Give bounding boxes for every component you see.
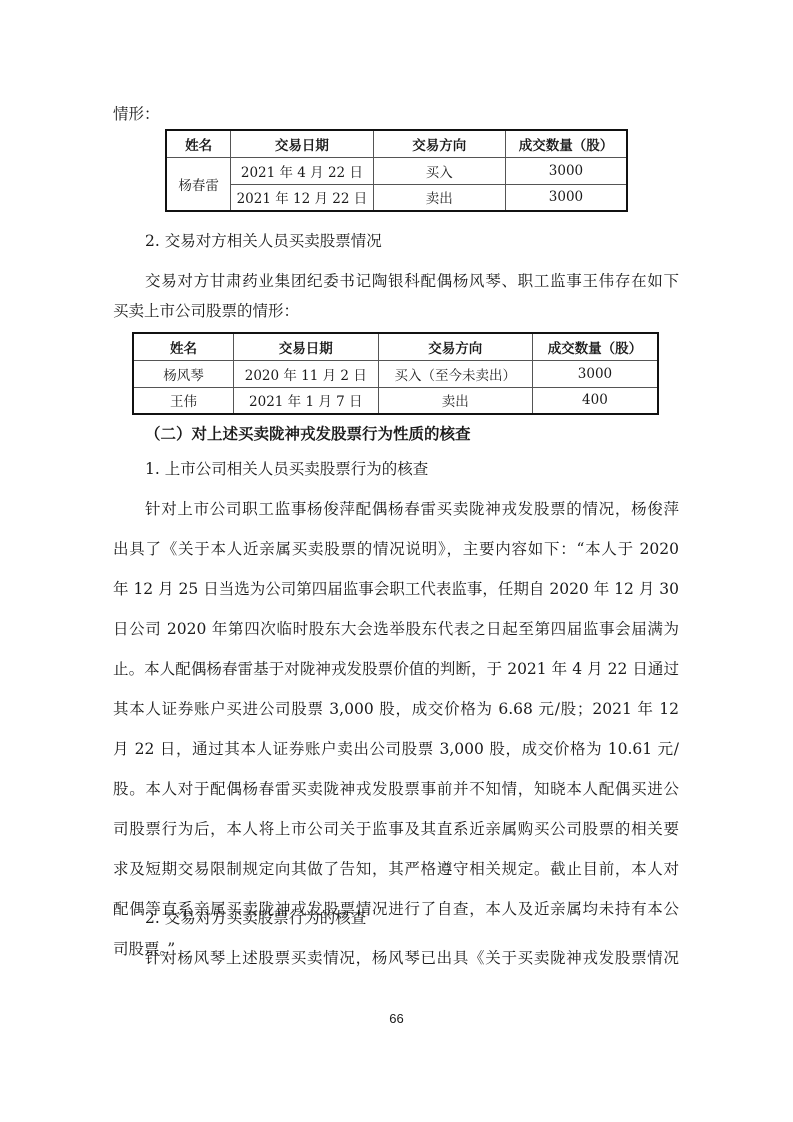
table-header-row: 姓名 交易日期 交易方向 成交数量（股）: [166, 130, 627, 157]
cell-direction: 买入: [373, 157, 505, 184]
section-title: 2. 交易对方相关人员买卖股票情况: [145, 231, 382, 251]
section-heading: （二）对上述买卖陇神戎发股票行为性质的核查: [145, 424, 471, 444]
cell-direction: 卖出: [373, 184, 505, 211]
table-row: 杨风琴 2020 年 11 月 2 日 买入（至今未卖出） 3000: [133, 360, 658, 387]
paragraph-line: 司股票行为后，本人将上市公司关于监事及其直系近亲属购买公司股票的相关要: [113, 819, 679, 839]
column-header-date: 交易日期: [234, 333, 378, 360]
cell-date: 2020 年 11 月 2 日: [234, 360, 378, 387]
cell-date: 2021 年 1 月 7 日: [234, 387, 378, 414]
cell-direction: 买入（至今未卖出）: [378, 360, 532, 387]
paragraph-line: 股。本人对于配偶杨春雷买卖陇神戎发股票事前并不知情，知晓本人配偶买进公: [113, 779, 679, 799]
column-header-date: 交易日期: [231, 130, 373, 157]
table-row: 王伟 2021 年 1 月 7 日 卖出 400: [133, 387, 658, 414]
cell-name: 杨风琴: [133, 360, 234, 387]
paragraph-line: 止。本人配偶杨春雷基于对陇神戎发股票价值的判断，于 2021 年 4 月 22 …: [113, 659, 679, 679]
cell-date: 2021 年 12 月 22 日: [231, 184, 373, 211]
subsection-title: 2. 交易对方买卖股票行为的核查: [145, 908, 366, 928]
column-header-quantity: 成交数量（股）: [532, 333, 658, 360]
paragraph-line: 出具了《关于本人近亲属买卖股票的情况说明》，主要内容如下：“本人于 2020: [113, 539, 679, 559]
paragraph-line: 针对上市公司职工监事杨俊萍配偶杨春雷买卖陇神戎发股票的情况，杨俊萍: [145, 499, 679, 519]
paragraph-line: 日公司 2020 年第四次临时股东大会选举股东代表之日起至第四届监事会届满为: [113, 619, 679, 639]
trade-table-1: 姓名 交易日期 交易方向 成交数量（股） 杨春雷 2021 年 4 月 22 日…: [165, 129, 628, 212]
paragraph-line: 针对杨风琴上述股票买卖情况，杨风琴已出具《关于买卖陇神戎发股票情况: [145, 948, 679, 968]
intro-fragment: 情形：: [113, 104, 160, 124]
cell-direction: 卖出: [378, 387, 532, 414]
paragraph-line: 年 12 月 25 日当选为公司第四届监事会职工代表监事，任期自 2020 年 …: [113, 579, 679, 599]
page-number: 66: [0, 1011, 793, 1026]
paragraph-line: 其本人证券账户买进公司股票 3,000 股，成交价格为 6.68 元/股；202…: [113, 699, 679, 719]
table-row: 杨春雷 2021 年 4 月 22 日 买入 3000: [166, 157, 627, 184]
subsection-title: 1. 上市公司相关人员买卖股票行为的核查: [145, 459, 428, 479]
cell-quantity: 400: [532, 387, 658, 414]
column-header-direction: 交易方向: [373, 130, 505, 157]
cell-quantity: 3000: [505, 157, 627, 184]
trade-table-2: 姓名 交易日期 交易方向 成交数量（股） 杨风琴 2020 年 11 月 2 日…: [132, 332, 659, 415]
table-header-row: 姓名 交易日期 交易方向 成交数量（股）: [133, 333, 658, 360]
column-header-name: 姓名: [166, 130, 231, 157]
cell-date: 2021 年 4 月 22 日: [231, 157, 373, 184]
paragraph-line: 月 22 日，通过其本人证券账户卖出公司股票 3,000 股，成交价格为 10.…: [113, 739, 679, 759]
column-header-name: 姓名: [133, 333, 234, 360]
cell-quantity: 3000: [532, 360, 658, 387]
table-row: 2021 年 12 月 22 日 卖出 3000: [166, 184, 627, 211]
paragraph-line: 求及短期交易限制规定向其做了告知，其严格遵守相关规定。截止目前，本人对: [113, 859, 679, 879]
paragraph-line: 买卖上市公司股票的情形：: [113, 301, 299, 321]
column-header-direction: 交易方向: [378, 333, 532, 360]
paragraph-line: 交易对方甘肃药业集团纪委书记陶银科配偶杨风琴、职工监事王伟存在如下: [145, 271, 679, 291]
cell-quantity: 3000: [505, 184, 627, 211]
cell-name: 王伟: [133, 387, 234, 414]
cell-name: 杨春雷: [166, 157, 231, 211]
column-header-quantity: 成交数量（股）: [505, 130, 627, 157]
